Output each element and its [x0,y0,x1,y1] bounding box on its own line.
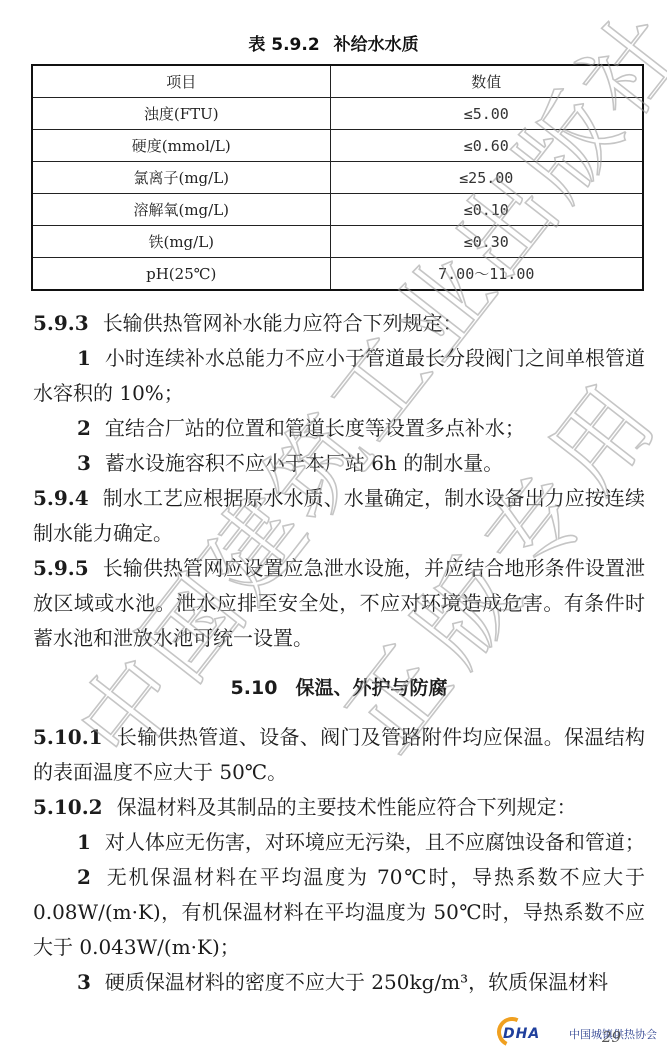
page-number: 29 [602,1028,621,1046]
clause-number: 5.10.1 [33,725,103,749]
item-text: 蓄水设施容积不应小于本厂站 6h 的制水量。 [105,451,503,475]
clause-number: 5.10.2 [33,795,103,819]
clause-5-10-1: 5.10.1长输供热管道、设备、阀门及管路附件均应保温。保温结构的表面温度不应大… [33,720,645,790]
logo-text: DHA [503,1026,540,1042]
list-item: 2宜结合厂站的位置和管道长度等设置多点补水； [33,411,645,446]
body-text: 5.9.3长输供热管网补水能力应符合下列规定： 1小时连续补水总能力不应小于管道… [33,306,645,1000]
section-title: 保温、外护与防腐 [295,677,447,699]
cell-item: 溶解氧(mg/L) [32,194,330,226]
footer-logo: DHA 中国城镇供热协会 [497,1017,657,1043]
clause-text: 保温材料及其制品的主要技术性能应符合下列规定： [117,795,577,819]
clause-text: 制水工艺应根据原水水质、水量确定，制水设备出力应按连续制水能力确定。 [33,486,645,545]
clause-number: 5.9.3 [33,311,89,335]
clause-5-9-5: 5.9.5长输供热管网应设置应急泄水设施，并应结合地形条件设置泄放区域或水池。泄… [33,551,645,656]
clause-text: 长输供热管网应设置应急泄水设施，并应结合地形条件设置泄放区域或水池。泄水应排至安… [33,556,645,650]
table-row: 溶解氧(mg/L) ≤0.10 [32,194,643,226]
list-item: 2无机保温材料在平均温度为 70℃时，导热系数不应大于 0.08W/(m·K)，… [33,860,645,965]
item-number: 1 [77,830,91,854]
table-row: 氯离子(mg/L) ≤25.00 [32,162,643,194]
section-number: 5.10 [231,677,278,699]
item-text: 硬质保温材料的密度不应大于 250kg/m³，软质保温材料 [105,970,608,994]
cell-item: 硬度(mmol/L) [32,130,330,162]
list-item: 1对人体应无伤害，对环境应无污染，且不应腐蚀设备和管道； [33,825,645,860]
clause-5-10-2: 5.10.2保温材料及其制品的主要技术性能应符合下列规定： [33,790,645,825]
water-quality-table: 项目 数值 浊度(FTU) ≤5.00 硬度(mmol/L) ≤0.60 氯离子… [31,64,644,291]
clause-5-9-3: 5.9.3长输供热管网补水能力应符合下列规定： [33,306,645,341]
table-row: 铁(mg/L) ≤0.30 [32,226,643,258]
table-row: 浊度(FTU) ≤5.00 [32,98,643,130]
item-number: 3 [77,970,91,994]
cell-value: ≤0.30 [330,226,643,258]
table-header-row: 项目 数值 [32,65,643,98]
cell-item: 氯离子(mg/L) [32,162,330,194]
clause-number: 5.9.4 [33,486,89,510]
item-text: 对人体应无伤害，对环境应无污染，且不应腐蚀设备和管道； [105,830,645,854]
cell-value: 7.00～11.00 [330,258,643,291]
item-text: 宜结合厂站的位置和管道长度等设置多点补水； [105,416,525,440]
clause-text: 长输供热管道、设备、阀门及管路附件均应保温。保温结构的表面温度不应大于 50℃。 [33,725,645,784]
list-item: 3蓄水设施容积不应小于本厂站 6h 的制水量。 [33,446,645,481]
item-text: 无机保温材料在平均温度为 70℃时，导热系数不应大于 0.08W/(m·K)，有… [33,865,645,959]
table-title: 补给水水质 [334,35,419,55]
cell-value: ≤5.00 [330,98,643,130]
clause-5-9-4: 5.9.4制水工艺应根据原水水质、水量确定，制水设备出力应按连续制水能力确定。 [33,481,645,551]
column-header-item: 项目 [32,65,330,98]
list-item: 1小时连续补水总能力不应小于管道最长分段阀门之间单根管道水容积的 10%； [33,341,645,411]
table-row: pH(25℃) 7.00～11.00 [32,258,643,291]
cell-item: 浊度(FTU) [32,98,330,130]
cell-item: 铁(mg/L) [32,226,330,258]
cdha-logo-icon: DHA [497,1017,563,1043]
cell-value: ≤0.60 [330,130,643,162]
clause-number: 5.9.5 [33,556,89,580]
item-number: 1 [77,346,91,370]
section-heading: 5.10保温、外护与防腐 [33,670,645,706]
clause-text: 长输供热管网补水能力应符合下列规定： [103,311,463,335]
item-number: 3 [77,451,91,475]
item-text: 小时连续补水总能力不应小于管道最长分段阀门之间单根管道水容积的 10%； [33,346,645,405]
item-number: 2 [77,416,91,440]
table-caption: 表 5.9.2补给水水质 [0,30,667,55]
item-number: 2 [77,865,91,889]
column-header-value: 数值 [330,65,643,98]
cell-value: ≤25.00 [330,162,643,194]
cell-item: pH(25℃) [32,258,330,291]
table-number: 表 5.9.2 [248,35,319,55]
list-item: 3硬质保温材料的密度不应大于 250kg/m³，软质保温材料 [33,965,645,1000]
document-page: 表 5.9.2补给水水质 项目 数值 浊度(FTU) ≤5.00 硬度(mmol… [0,0,667,1058]
table-row: 硬度(mmol/L) ≤0.60 [32,130,643,162]
cell-value: ≤0.10 [330,194,643,226]
